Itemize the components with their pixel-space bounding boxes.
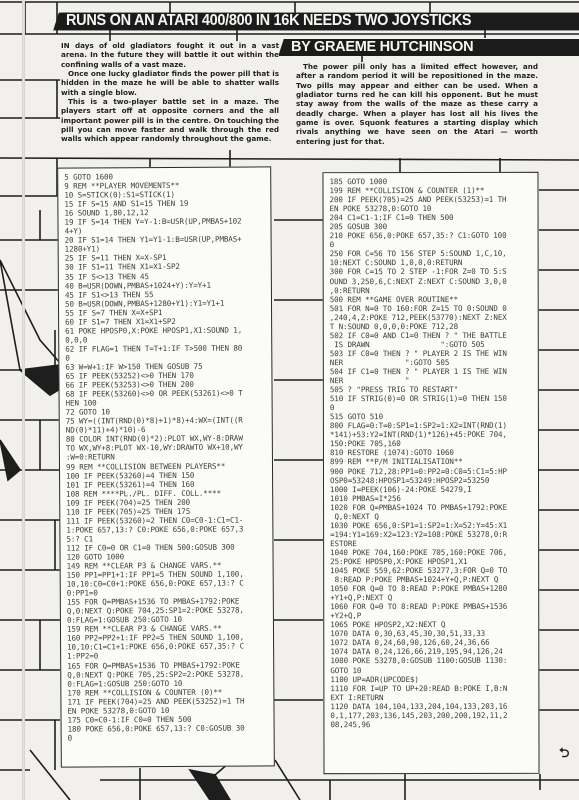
code-line: 504 IF C1=0 THEN ? " PLAYER 1 IS THE WIN [330,367,534,376]
code-line: 505 ? "PRESS TRIG TO RESTART" [330,385,534,394]
code-line: EN POKE 53278,0:GOTO 10 [330,204,534,213]
code-line: 899 REM **P/M INITIALISATION** [330,457,534,466]
code-line: 810 RESTORE (1074):GOTO 1060 [330,448,534,457]
code-line: T N:SOUND 0,0,0,0:POKE 712,28 [330,322,534,331]
code-line: 10:NEXT C:SOUND 1,0,0,0:RETURN [330,258,534,267]
code-line: 62 IF FLAG=1 THEN T=T+1:IF T>500 THEN 80 [65,343,267,353]
code-line: 501 FOR N=0 TO 160:FOR Z=15 TO 0:SOUND 0 [330,303,534,312]
intro-column-right: The power pill only has a limited effect… [296,62,538,146]
intro-column-left: IN days of old gladiators fought it out … [61,41,279,144]
code-line: 199 REM **COLLISION & COUNTER (1)** [329,186,533,195]
code-line: 900 POKE 712,28:PP1=0:PP2=0:C0=5:C1=5:HP [330,466,534,475]
code-line: OSP0=53248:HPOSP1=53249:HPOSP2=53250 [330,475,534,484]
code-line: 180 POKE 656,0:POKE 657,13:? C0:GOSUB 30 [68,723,270,733]
code-line: 171 IF PEEK(704)=25 AND PEEK(53252)=1 TH [67,696,269,706]
code-line: 20 IF S1=14 THEN Y1=Y1-1:B=USR(UP,PMBAS+ [65,235,267,245]
code-line: 1120 DATA 104,104,133,204,104,133,203,16 [330,702,534,711]
code-line: 1040 POKE 704,160:POKE 705,160:POKE 706, [330,548,534,557]
code-line: 1010 PMBAS=I*256 [330,493,534,502]
code-line: 515 GOTO 510 [330,412,534,421]
code-line: Q,0:NEXT Q [330,512,534,521]
code-line: 1030 POKE 656,0:SP1=1:SP2=1:X=52:Y=45:X1 [330,521,534,530]
code-line: 08,245,96 [330,720,534,729]
code-line: 19 IF S=14 THEN Y=Y-1:B=USR(UP,PMBAS+102 [64,217,266,227]
code-line: NER " [330,376,534,385]
code-line: EXT I:RETURN [330,692,534,701]
intro-paragraph: The power pill only has a limited effect… [296,62,538,146]
code-line: 1074 DATA 0,24,126,66,219,195,94,126,24 [330,647,534,656]
code-line: 0 [68,732,270,742]
program-listing-right: 185 GOTO 1000199 REM **COLLISION & COUNT… [322,172,539,774]
code-line: 1050 FOR Q=0 TO 8:READ P:POKE PMBAS+1280 [330,584,534,593]
byline-banner: BY GRAEME HUTCHINSON [287,39,579,56]
code-line: 1060 FOR Q=0 TO 8:READ P:POKE PMBAS+1536 [330,602,534,611]
code-line: 1110 FOR I=UP TO UP+20:READ B:POKE I,B:N [330,683,534,692]
code-line: 1000 I=PEEK(106)-24:POKE 54279,I [330,484,534,493]
program-listing-left: 5 GOTO 16009 REM **PLAYER MOVEMENTS**10 … [57,166,275,767]
code-line: NER ":GOTO 505 [330,358,534,367]
code-line: 800 FLAG=0:T=0:SP1=1:SP2=1:X2=INT(RND(1) [330,421,534,430]
code-line: 510 IF STRIG(0)=0 OR STRIG(1)=0 THEN 150 [330,394,534,403]
code-line: 500 REM **GAME OVER ROUTINE** [330,294,534,303]
code-line: 204 C1=C1-1:IF C1=0 THEN 500 [330,213,534,222]
code-line: 300 FOR C=15 TO 2 STEP -1:FOR Z=0 TO 5:S [330,267,534,276]
code-line: 8:READ P:POKE PMBAS+1024+Y+Q,P:NEXT Q [330,575,534,584]
code-line: 75 WY=((INT(RND(0)*8)+1)*8)+4:WX=(INT((R [66,416,268,426]
code-line: 200 IF PEEK(705)=25 AND PEEK(53253)=1 TH [330,195,534,204]
code-line: 1100 UP=ADR(UPCODE$) [330,674,534,683]
code-line: 1020 FOR Q=PMBAS+1024 TO PMBAS+1792:POKE [330,503,534,512]
code-line: 150:POKE 705,160 [330,439,534,448]
code-line: +Y1+Q,P:NEXT Q [330,593,534,602]
headline-text: RUNS ON AN ATARI 400/800 IN 16K NEEDS TW… [66,13,471,30]
code-line: 61 POKE HPOSP0,X:POKE HPOSP1,X1:SOUND 1, [65,325,267,335]
code-line: 502 IF C0=0 AND C1=0 THEN ? " THE BATTLE [330,331,534,340]
code-line: ESTORE [330,539,534,548]
code-line: IS DRAWN ":GOTO 505 [330,340,534,349]
code-line: *141)+53:Y2=INT(RND(1)*126)+45:POKE 704, [330,430,534,439]
page-turn-icon: ⮌ [559,748,573,760]
code-line: +Y2+Q,P [330,611,534,620]
code-line: 0 [330,240,534,249]
headline-banner: RUNS ON AN ATARI 400/800 IN 16K NEEDS TW… [62,13,579,31]
code-line: ,240,4,Z:POKE 712,PEEK(53770):NEXT Z:NEX [330,313,534,322]
intro-paragraph: This is a two-player battle set in a maz… [61,97,279,144]
code-line: 1080 POKE 53278,0:GOSUB 1100:GOSUB 1130: [330,656,534,665]
code-line: 1072 DATA 0,24,60,90,126,60,24,36,66 [330,638,534,647]
code-line: 0 [330,403,534,412]
byline-text: BY GRAEME HUTCHINSON [291,39,473,55]
code-line: 1070 DATA 0,30,63,45,30,30,51,33,33 [330,629,534,638]
code-line: =194:Y1=169:X2=123:Y2=108:POKE 53278,0:R [330,530,534,539]
code-line: GOTO 10 [330,665,534,674]
code-line: 0,1,177,203,136,145,203,200,200,192,11,2 [330,711,534,720]
code-line: 185 GOTO 1000 [329,177,533,186]
code-line: 68 IF PEEK(53260)<>0 OR PEEK(53261)<>0 T [66,389,268,399]
code-line: 205 GOSUB 300 [330,222,534,231]
code-line: ,0:RETURN [330,285,534,294]
code-line: 210 POKE 656,0:POKE 657,35:? C1:GOTO 100 [330,231,534,240]
code-line: 1065 POKE HPOSP2,X2:NEXT Q [330,620,534,629]
intro-paragraph: IN days of old gladiators fought it out … [61,41,279,69]
code-line: 503 IF C0=0 THEN ? " PLAYER 2 IS THE WIN [330,349,534,358]
code-line: 10,10:C1=C1+1:POKE 656,0:POKE 657,35:? C [67,642,269,652]
code-line: 25:POKE HPOSP0,X:POKE HPOSP1,X1 [330,557,534,566]
intro-paragraph: Once one lucky gladiator finds the power… [61,69,279,97]
page-gutter [22,0,25,800]
code-line: 250 FOR C=56 TO 156 STEP 5:SOUND 1,C,10, [330,249,534,258]
code-line: 10,10:C0=C0+1:POKE 656,0:POKE 657,13:? C [67,578,269,588]
code-line: Q,0:NEXT Q:POKE 705,25:SP2=2:POKE 53278, [67,669,269,679]
code-line: 1045 POKE 559,62:POKE 53277,3:FOR Q=0 TO [330,566,534,575]
code-line: OUND 3,250,6,C:NEXT Z:NEXT C:SOUND 3,0,0 [330,276,534,285]
code-line: 1:POKE 657,13:? C0:POKE 656,0:POKE 657,3 [66,524,268,534]
code-line: TO WX,WY+8:PLOT WX-10,WY:DRAWTO WX+10,WY [66,443,268,453]
